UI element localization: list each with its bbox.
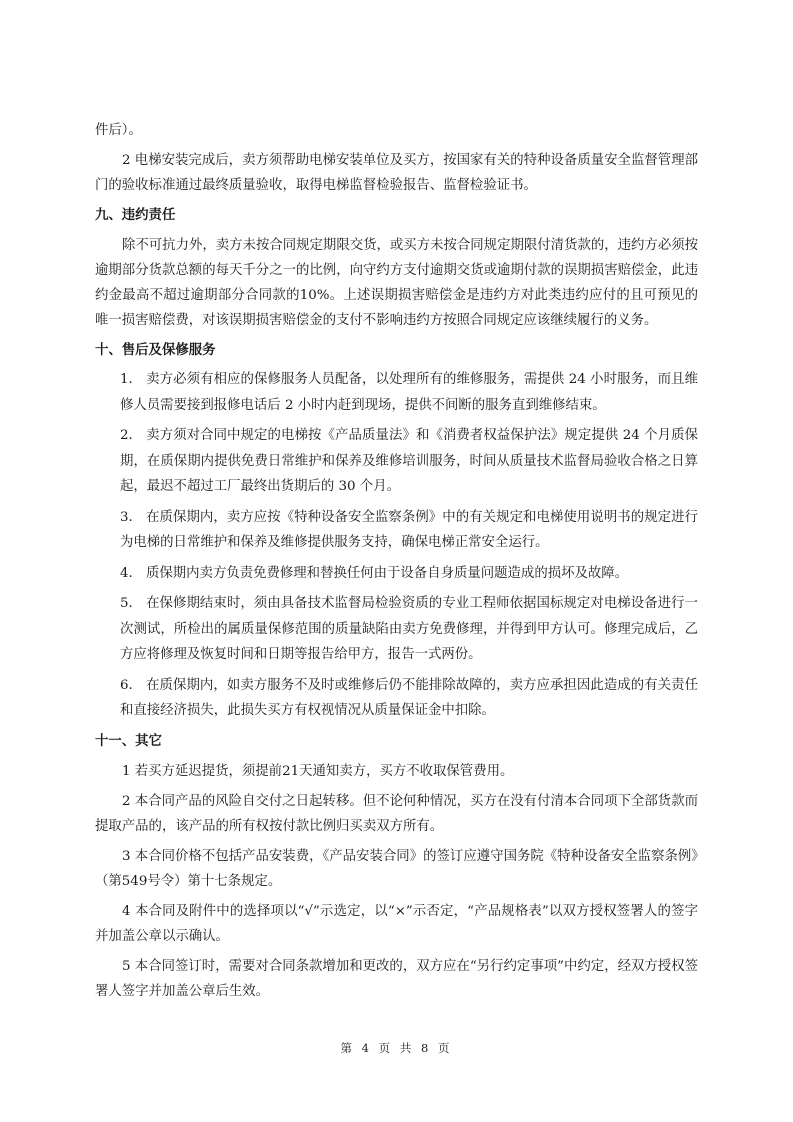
section11-item: 4 本合同及附件中的选择项以“√”示选定，以“×”示否定，“产品规格表”以双方授… [95, 899, 698, 949]
section10-heading: 十、售后及保修服务 [95, 338, 698, 363]
continuation-text: 件后）。 [95, 118, 698, 143]
section8-item2: 2 电梯安装完成后，卖方须帮助电梯安装单位及买方，按国家有关的特种设备质量安全监… [95, 148, 698, 198]
section10-item: 4.质保期内卖方负责免费修理和替换任何由于设备自身质量问题造成的损坏及故障。 [95, 561, 698, 587]
section11-item: 2 本合同产品的风险自交付之日起转移。但不论何种情况，买方在没有付清本合同项下全… [95, 789, 698, 839]
document-page: 件后）。 2 电梯安装完成后，卖方须帮助电梯安装单位及买方，按国家有关的特种设备… [95, 118, 698, 1009]
section10-item: 1.卖方必须有相应的保修服务人员配备，以处理所有的维修服务，需提供 24 小时服… [95, 367, 698, 418]
section10-item: 6.在质保期内，如卖方服务不及时或维修后仍不能排除故障的，卖方应承担因此造成的有… [95, 673, 698, 724]
page-footer: 第 4 页 共 8 页 [0, 1040, 793, 1056]
section11-item: 5 本合同签订时，需要对合同条款增加和更改的，双方应在“另行约定事项”中约定，经… [95, 954, 698, 1004]
section10-item: 2.卖方须对合同中规定的电梯按《产品质量法》和《消费者权益保护法》规定提供 24… [95, 423, 698, 500]
section10-item: 5.在保修期结束时，须由具备技术监督局检验资质的专业工程师依据国标规定对电梯设备… [95, 591, 698, 668]
section11-heading: 十一、其它 [95, 729, 698, 754]
section11-item: 3 本合同价格不包括产品安装费，《产品安装合同》的签订应遵守国务院《特种设备安全… [95, 844, 698, 894]
section10-item: 3.在质保期内，卖方应按《特种设备安全监察条例》中的有关规定和电梯使用说明书的规… [95, 505, 698, 556]
section11-item: 1 若买方延迟提货，须提前21天通知卖方，买方不收取保管费用。 [95, 759, 698, 784]
section9-body: 除不可抗力外，卖方未按合同规定期限交货，或买方未按合同规定期限付清货款的，违约方… [95, 233, 698, 333]
section9-heading: 九、违约责任 [95, 203, 698, 228]
